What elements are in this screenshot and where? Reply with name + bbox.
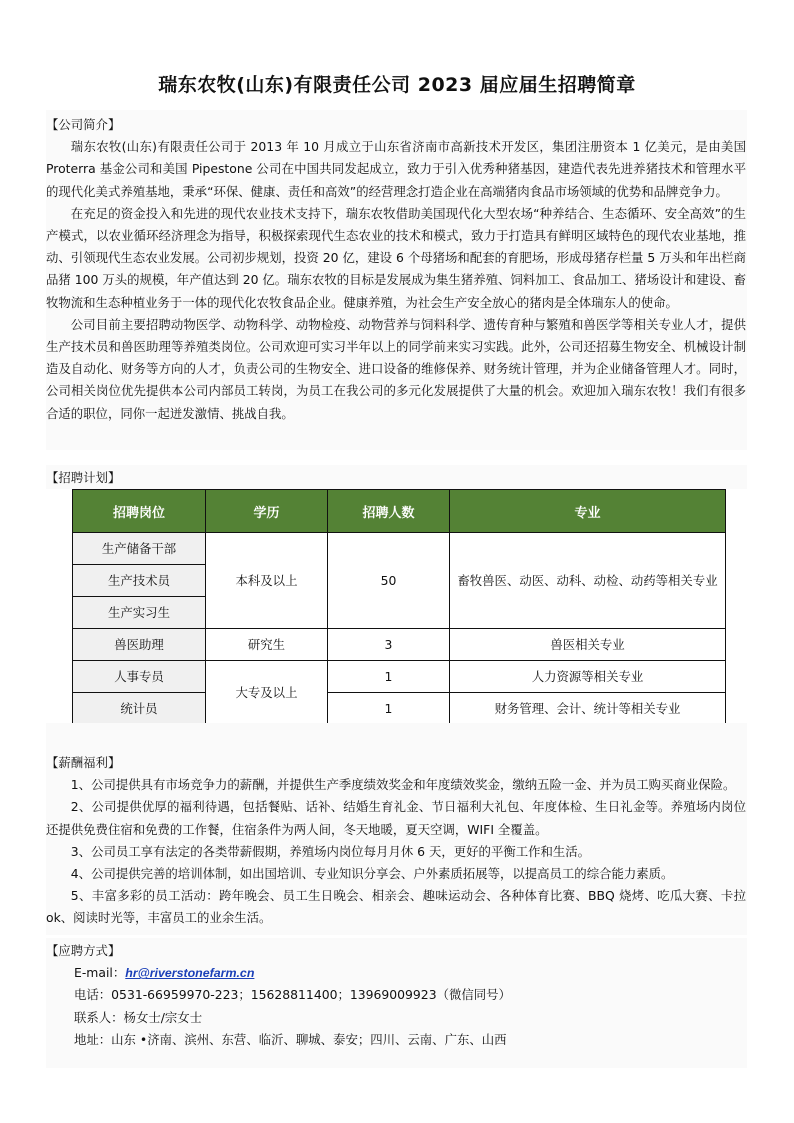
position-cell: 统计员 [73, 693, 206, 725]
position-cell: 生产储备干部 [73, 533, 206, 565]
position-cell: 兽医助理 [73, 629, 206, 661]
page-title: 瑞东农牧(山东)有限责任公司 2023 届应届生招聘简章 [0, 70, 794, 97]
education-cell: 大专及以上 [206, 661, 328, 725]
education-cell: 研究生 [206, 629, 328, 661]
contact-line: 联系人：杨女士/宗女士 [46, 1007, 746, 1029]
intro-section: 【公司简介】 瑞东农牧(山东)有限责任公司于 2013 年 10 月成立于山东省… [46, 114, 746, 425]
col-header-education: 学历 [206, 490, 328, 533]
intro-paragraph: 在充足的资金投入和先进的现代农业技术支持下，瑞东农牧借助美国现代化大型农场“种养… [46, 203, 746, 314]
intro-paragraph: 公司目前主要招聘动物医学、动物科学、动物检疫、动物营养与饲料科学、遗传育种与繁殖… [46, 314, 746, 425]
education-cell: 本科及以上 [206, 533, 328, 629]
col-header-count: 招聘人数 [328, 490, 450, 533]
position-cell: 生产技术员 [73, 565, 206, 597]
benefit-item: 3、公司员工享有法定的各类带薪假期，养殖场内岗位每月月休 6 天，更好的平衡工作… [46, 841, 746, 863]
col-header-position: 招聘岗位 [73, 490, 206, 533]
benefit-item: 5、丰富多彩的员工活动：跨年晚会、员工生日晚会、相亲会、趣味运动会、各种体育比赛… [46, 885, 746, 929]
benefit-item: 1、公司提供具有市场竞争力的薪酬，并提供生产季度绩效奖金和年度绩效奖金，缴纳五险… [46, 774, 746, 796]
table-row: 兽医助理 研究生 3 兽医相关专业 [73, 629, 726, 661]
apply-section: 【应聘方式】 E-mail：hr@riverstonefarm.cn 电话：05… [46, 940, 746, 1051]
table-row: 统计员 1 财务管理、会计、统计等相关专业 [73, 693, 726, 725]
major-cell: 畜牧兽医、动医、动科、动检、动药等相关专业 [450, 533, 726, 629]
position-cell: 生产实习生 [73, 597, 206, 629]
benefits-heading: 【薪酬福利】 [46, 752, 746, 774]
phone-line: 电话：0531-66959970-223；15628811400；1396900… [46, 984, 746, 1006]
position-cell: 人事专员 [73, 661, 206, 693]
count-cell: 50 [328, 533, 450, 629]
email-line: E-mail：hr@riverstonefarm.cn [46, 962, 746, 984]
count-cell: 1 [328, 693, 450, 725]
email-label: E-mail： [74, 965, 125, 980]
count-cell: 3 [328, 629, 450, 661]
benefit-item: 2、公司提供优厚的福利待遇，包括餐贴、话补、结婚生育礼金、节日福利大礼包、年度体… [46, 796, 746, 840]
table-row: 生产储备干部 本科及以上 50 畜牧兽医、动医、动科、动检、动药等相关专业 [73, 533, 726, 565]
col-header-major: 专业 [450, 490, 726, 533]
apply-heading: 【应聘方式】 [46, 940, 746, 962]
email-link[interactable]: hr@riverstonefarm.cn [125, 966, 254, 980]
recruitment-table: 招聘岗位 学历 招聘人数 专业 生产储备干部 本科及以上 50 畜牧兽医、动医、… [72, 489, 726, 725]
address-line: 地址：山东 •济南、滨州、东营、临沂、聊城、泰安；四川、云南、广东、山西 [46, 1029, 746, 1051]
count-cell: 1 [328, 661, 450, 693]
major-cell: 人力资源等相关专业 [450, 661, 726, 693]
major-cell: 兽医相关专业 [450, 629, 726, 661]
intro-paragraph: 瑞东农牧(山东)有限责任公司于 2013 年 10 月成立于山东省济南市高新技术… [46, 136, 746, 203]
major-cell: 财务管理、会计、统计等相关专业 [450, 693, 726, 725]
table-row: 人事专员 大专及以上 1 人力资源等相关专业 [73, 661, 726, 693]
plan-heading: 【招聘计划】 [46, 467, 746, 489]
plan-section: 【招聘计划】 [46, 467, 746, 489]
intro-heading: 【公司简介】 [46, 114, 746, 136]
table-header: 招聘岗位 学历 招聘人数 专业 [73, 490, 726, 533]
benefit-item: 4、公司提供完善的培训体制，如出国培训、专业知识分享会、户外素质拓展等，以提高员… [46, 863, 746, 885]
benefits-section: 【薪酬福利】 1、公司提供具有市场竞争力的薪酬，并提供生产季度绩效奖金和年度绩效… [46, 752, 746, 930]
